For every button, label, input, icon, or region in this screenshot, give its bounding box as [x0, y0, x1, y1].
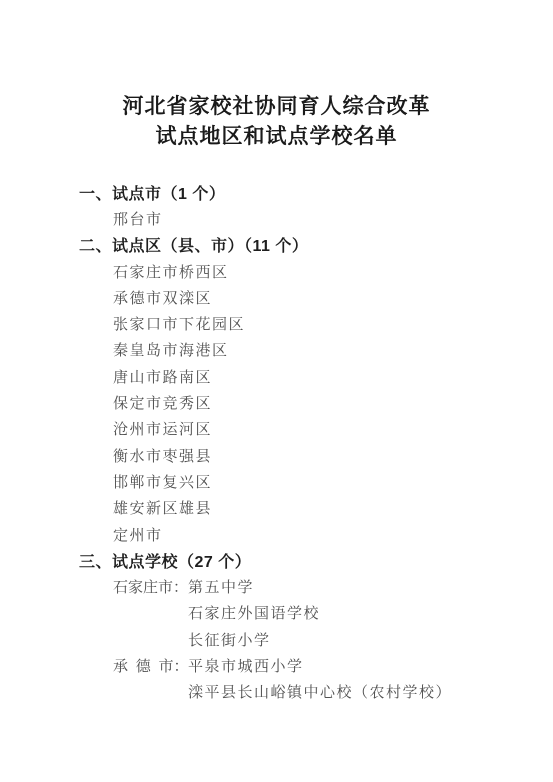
document-body: 一、试点市（1 个） 邢台市 二、试点区（县、市）（11 个） 石家庄市桥西区 …	[0, 179, 553, 705]
school-name: 平泉市城西小学	[188, 655, 304, 676]
pilot-district-item: 张家口市下花园区	[0, 310, 553, 336]
document-title-line-2: 试点地区和试点学校名单	[0, 122, 553, 152]
section-heading-pilot-schools: 三、试点学校（27 个）	[0, 547, 553, 573]
pilot-city-item: 邢台市	[0, 205, 553, 231]
pilot-district-item: 雄安新区雄县	[0, 495, 553, 521]
pilot-district-item: 定州市	[0, 521, 553, 547]
school-row: 滦平县长山峪镇中心校（农村学校）	[0, 679, 553, 705]
pilot-district-item: 保定市竞秀区	[0, 389, 553, 415]
school-name: 第五中学	[188, 576, 254, 597]
pilot-district-item: 承德市双滦区	[0, 284, 553, 310]
pilot-district-item: 秦皇岛市海港区	[0, 337, 553, 363]
school-city-label: 石家庄市：	[113, 576, 188, 597]
document-page: 河北省家校社协同育人综合改革 试点地区和试点学校名单 一、试点市（1 个） 邢台…	[0, 0, 553, 782]
school-name: 长征街小学	[188, 629, 271, 650]
section-heading-pilot-cities: 一、试点市（1 个）	[0, 179, 553, 205]
school-row: 长征街小学	[0, 626, 553, 652]
pilot-district-item: 石家庄市桥西区	[0, 258, 553, 284]
school-row: 承 德 市： 平泉市城西小学	[0, 652, 553, 678]
school-name: 滦平县长山峪镇中心校（农村学校）	[188, 681, 452, 702]
school-name: 石家庄外国语学校	[188, 602, 320, 623]
pilot-district-item: 唐山市路南区	[0, 363, 553, 389]
pilot-district-item: 衡水市枣强县	[0, 442, 553, 468]
school-row: 石家庄市： 第五中学	[0, 573, 553, 599]
document-title-line-1: 河北省家校社协同育人综合改革	[0, 92, 553, 122]
pilot-district-item: 沧州市运河区	[0, 416, 553, 442]
school-row: 石家庄外国语学校	[0, 600, 553, 626]
document-title: 河北省家校社协同育人综合改革 试点地区和试点学校名单	[0, 92, 553, 152]
school-city-label: 承 德 市：	[113, 655, 188, 676]
pilot-district-item: 邯郸市复兴区	[0, 468, 553, 494]
section-heading-pilot-districts: 二、试点区（县、市）（11 个）	[0, 232, 553, 258]
